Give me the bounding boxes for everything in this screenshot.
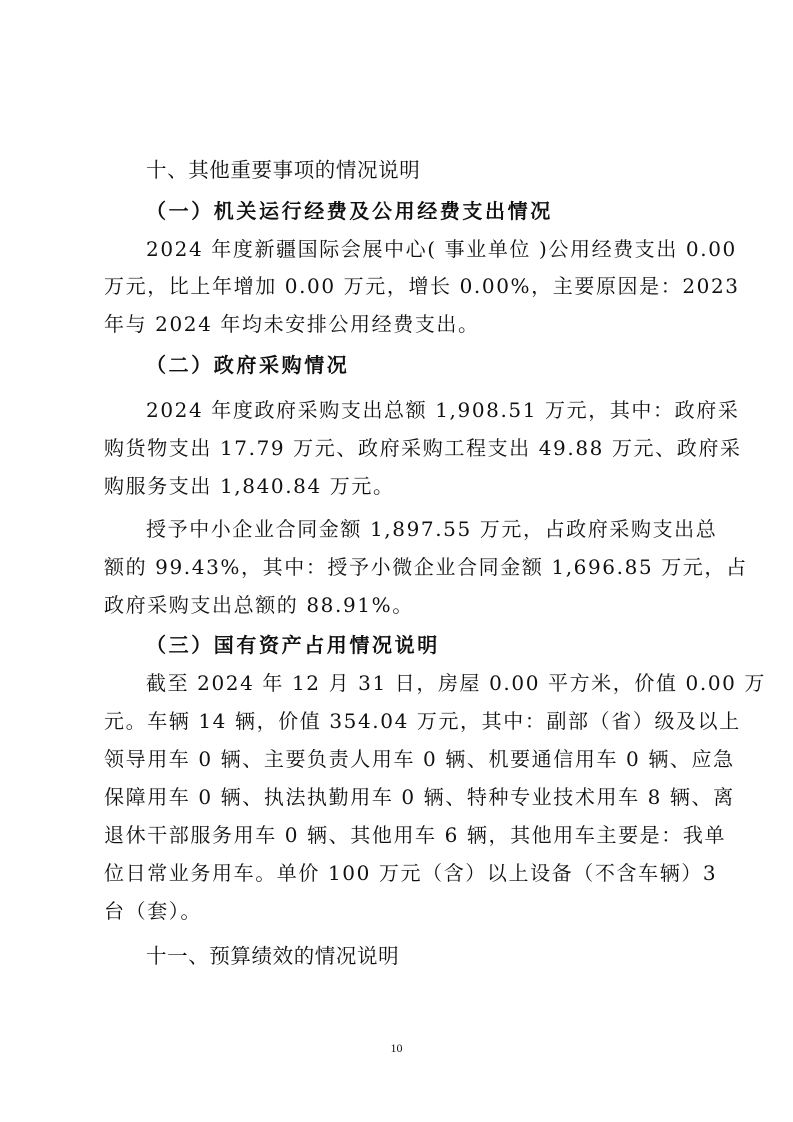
paragraph-line: 台（套）。 bbox=[104, 899, 202, 923]
paragraph-line: 万元，比上年增加 0.00 万元，增长 0.00%，主要原因是：2023 bbox=[104, 274, 740, 298]
paragraph-line: 保障用车 0 辆、执法执勤用车 0 辆、特种专业技术用车 8 辆、离 bbox=[104, 785, 735, 809]
paragraph-line: 位日常业务用车。单价 100 万元（含）以上设备（不含车辆）3 bbox=[104, 861, 717, 885]
paragraph-line: 退休干部服务用车 0 辆、其他用车 6 辆，其他用车主要是：我单 bbox=[104, 823, 726, 847]
paragraph-line: 授予中小企业合同金额 1,897.55 万元，占政府采购支出总 bbox=[146, 517, 717, 541]
section-heading: 十一、预算绩效的情况说明 bbox=[146, 944, 399, 968]
subsection-heading: （一）机关运行经费及公用经费支出情况 bbox=[146, 199, 553, 223]
subsection-heading: （三）国有资产占用情况说明 bbox=[146, 633, 440, 657]
paragraph-line: 2024 年度政府采购支出总额 1,908.51 万元，其中：政府采 bbox=[146, 398, 739, 422]
paragraph-line: 2024 年度新疆国际会展中心( 事业单位 )公用经费支出 0.00 bbox=[146, 237, 737, 261]
document-page: 十、其他重要事项的情况说明 （一）机关运行经费及公用经费支出情况 2024 年度… bbox=[0, 0, 793, 1122]
paragraph-line: 购货物支出 17.79 万元、政府采购工程支出 49.88 万元、政府采 bbox=[104, 436, 742, 460]
paragraph-line: 购服务支出 1,840.84 万元。 bbox=[104, 474, 395, 498]
paragraph-line: 领导用车 0 辆、主要负责人用车 0 辆、机要通信用车 0 辆、应急 bbox=[104, 747, 735, 771]
section-heading: 十、其他重要事项的情况说明 bbox=[146, 158, 420, 182]
subsection-heading: （二）政府采购情况 bbox=[146, 353, 349, 377]
paragraph-line: 截至 2024 年 12 月 31 日，房屋 0.00 平方米，价值 0.00 … bbox=[146, 671, 766, 695]
paragraph-line: 政府采购支出总额的 88.91%。 bbox=[104, 593, 414, 617]
paragraph-line: 元。车辆 14 辆，价值 354.04 万元，其中：副部（省）级及以上 bbox=[104, 709, 741, 733]
paragraph-line: 年与 2024 年均未安排公用经费支出。 bbox=[104, 312, 480, 336]
paragraph-line: 额的 99.43%，其中：授予小微企业合同金额 1,696.85 万元，占 bbox=[104, 555, 748, 579]
page-number: 10 bbox=[0, 1041, 793, 1056]
